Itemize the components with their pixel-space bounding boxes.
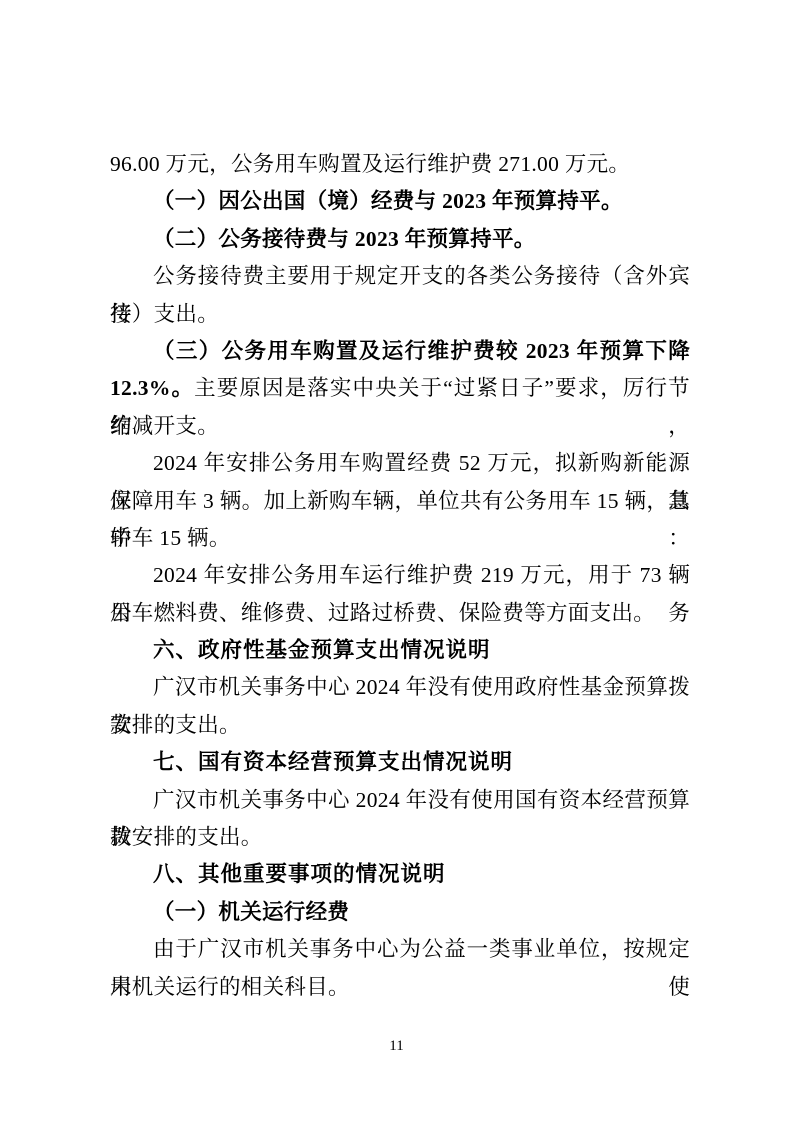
- body-line: 用车燃料费、维修费、过路过桥费、保险费等方面支出。: [110, 595, 690, 632]
- body-line: 保障用车 3 辆。加上新购车辆，单位共有公务用车 15 辆，其中：: [110, 483, 690, 520]
- page-number: 11: [0, 1036, 793, 1056]
- subsection-heading: （一）机关运行经费: [110, 894, 690, 931]
- subsection-heading: （一）因公出国（境）经费与 2023 年预算持平。: [110, 183, 690, 220]
- body-line: 安排的支出。: [110, 707, 690, 744]
- section-heading: 八、其他重要事项的情况说明: [110, 856, 690, 893]
- line-bold-prefix: 12.3%。: [110, 376, 194, 400]
- body-line: 待）支出。: [110, 296, 690, 333]
- body-line: 2024 年安排公务用车运行维护费 219 万元，用于 73 辆公务: [110, 557, 690, 594]
- section-heading: 六、政府性基金预算支出情况说明: [110, 632, 690, 669]
- body-line: 2024 年安排公务用车购置经费 52 万元，拟新购新能源应急: [110, 445, 690, 482]
- page-body-text: 96.00 万元，公务用车购置及运行维护费 271.00 万元。 （一）因公出国…: [110, 146, 690, 1006]
- body-line: 由于广汉市机关事务中心为公益一类事业单位，按规定未使: [110, 931, 690, 968]
- body-line: 公务接待费主要用于规定开支的各类公务接待（含外宾接: [110, 258, 690, 295]
- body-line: 广汉市机关事务中心 2024 年没有使用国有资本经营预算拨: [110, 782, 690, 819]
- body-line: 款安排的支出。: [110, 819, 690, 856]
- document-page: 96.00 万元，公务用车购置及运行维护费 271.00 万元。 （一）因公出国…: [0, 0, 793, 1122]
- body-line: 96.00 万元，公务用车购置及运行维护费 271.00 万元。: [110, 146, 690, 183]
- section-heading: 七、国有资本经营预算支出情况说明: [110, 744, 690, 781]
- body-line: 广汉市机关事务中心 2024 年没有使用政府性基金预算拨款: [110, 669, 690, 706]
- body-line: 12.3%。主要原因是落实中央关于“过紧日子”要求，厉行节约，: [110, 370, 690, 407]
- subsection-heading: （二）公务接待费与 2023 年预算持平。: [110, 221, 690, 258]
- subsection-heading: （三）公务用车购置及运行维护费较 2023 年预算下降: [110, 333, 690, 370]
